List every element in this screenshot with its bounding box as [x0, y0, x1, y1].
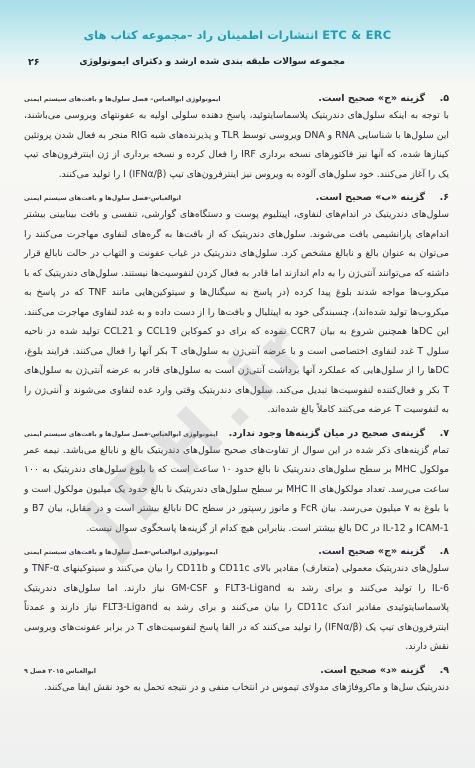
- correct-option-heading: گزینه «د» صحیح است.: [320, 665, 425, 676]
- answer-item: ۹. گزینه «د» صحیح است. ابوالعباس ۲۰۱۵ فص…: [24, 665, 449, 698]
- question-number: ۶.: [429, 192, 449, 203]
- source-reference: ابوالعباس-فصل سلول‌ها و بافت‌های سیستم ا…: [24, 195, 181, 202]
- answer-explanation: با توجه به اینکه سلول‌های دندریتیک پلاسم…: [24, 106, 449, 184]
- answer-item-head-main: ۸. گزینه «ج» صحیح است.: [318, 546, 449, 557]
- answer-item: ۷. گزینه‌ی صحیح در میان گزینه‌ها وجود ند…: [24, 428, 449, 539]
- source-reference: ایمونولوژی ابوالعباس-فصل سلول‌ها و بافت‌…: [24, 549, 218, 556]
- answer-explanation: تمام گزینه‌های ذکر شده در این سوال از تف…: [24, 441, 449, 539]
- answer-item: ۶. گزینه «ب» صحیح است. ابوالعباس-فصل سلو…: [24, 192, 449, 420]
- answer-item-head: ۷. گزینه‌ی صحیح در میان گزینه‌ها وجود ند…: [24, 428, 449, 439]
- answer-explanation: سلول‌های دندریتیک معمولی (متعارف) مقادیر…: [24, 559, 449, 657]
- answer-item-head: ۹. گزینه «د» صحیح است. ابوالعباس ۲۰۱۵ فص…: [24, 665, 449, 676]
- answer-item-head-main: ۹. گزینه «د» صحیح است.: [320, 665, 449, 676]
- answer-explanation: سلول‌های دندریتیک در اندام‌های لنفاوی، ا…: [24, 205, 449, 420]
- correct-option-heading: گزینه‌ی صحیح در میان گزینه‌ها وجود ندارد…: [229, 428, 425, 439]
- answer-item-head: ۵. گزینه «ج» صحیح است. ایمونولوژی ابوالع…: [24, 93, 449, 104]
- page-number: ۲۶: [28, 57, 40, 68]
- answer-item: ۵. گزینه «ج» صحیح است. ایمونولوژی ابوالع…: [24, 93, 449, 184]
- book-subtitle: مجموعه سوالات طبقه بندی شده ارشد و دکترا…: [79, 57, 345, 67]
- answer-item-head-main: ۶. گزینه «ب» صحیح است.: [316, 192, 449, 203]
- source-reference: ایمونولوژی ابوالعباس– فصل سلول‌ها و بافت…: [24, 96, 221, 103]
- question-number: ۷.: [429, 428, 449, 439]
- answers-content: ۵. گزینه «ج» صحیح است. ایمونولوژی ابوالع…: [0, 77, 475, 697]
- correct-option-heading: گزینه «ب» صحیح است.: [316, 192, 425, 203]
- answer-item-head: ۸. گزینه «ج» صحیح است. ایمونولوژی ابوالع…: [24, 546, 449, 557]
- publisher-banner-title: انتشارات اطمینان راد –مجموعه کتاب های ET…: [84, 28, 392, 42]
- source-reference: ایمونولوژی ابوالعباس-فصل سلول‌ها و بافت‌…: [24, 431, 218, 438]
- source-reference: ابوالعباس ۲۰۱۵ فصل ۹: [24, 668, 96, 675]
- publisher-banner: انتشارات اطمینان راد –مجموعه کتاب های ET…: [0, 0, 475, 43]
- question-number: ۹.: [429, 665, 449, 676]
- answer-item-head: ۶. گزینه «ب» صحیح است. ابوالعباس-فصل سلو…: [24, 192, 449, 203]
- answer-item-head-main: ۷. گزینه‌ی صحیح در میان گزینه‌ها وجود ند…: [229, 428, 449, 439]
- question-number: ۵.: [429, 93, 449, 104]
- page-header-row: مجموعه سوالات طبقه بندی شده ارشد و دکترا…: [0, 57, 475, 77]
- scanned-book-page: انتشارات اطمینان راد –مجموعه کتاب های ET…: [0, 0, 475, 768]
- correct-option-heading: گزینه «ج» صحیح است.: [318, 93, 425, 104]
- correct-option-heading: گزینه «ج» صحیح است.: [318, 546, 425, 557]
- answer-item: ۸. گزینه «ج» صحیح است. ایمونولوژی ابوالع…: [24, 546, 449, 657]
- answer-item-head-main: ۵. گزینه «ج» صحیح است.: [318, 93, 449, 104]
- answer-explanation: دندریتیک سل‌ها و ماکروفاژهای مدولای تیمو…: [24, 678, 449, 698]
- question-number: ۸.: [429, 546, 449, 557]
